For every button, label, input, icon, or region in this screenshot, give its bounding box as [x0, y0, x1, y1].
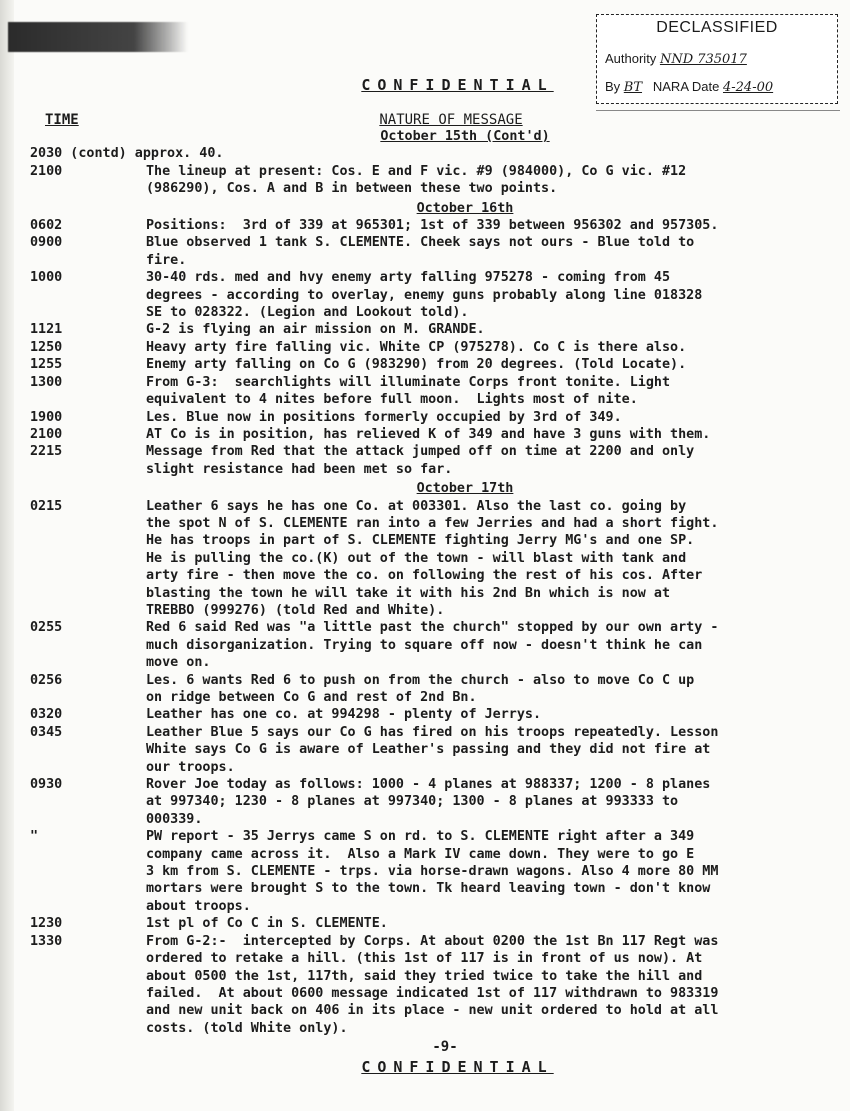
- entry-time: 2100: [30, 426, 146, 443]
- log-entry: 2030 (contd) approx. 40.: [30, 145, 820, 162]
- stamp-authority: Authority NND 735017: [605, 51, 747, 67]
- classification-footer: CONFIDENTIAL: [65, 1058, 850, 1076]
- entry-message: Leather 6 says he has one Co. at 003301.…: [146, 498, 820, 620]
- log-entry: 2100The lineup at present: Cos. E and F …: [30, 163, 820, 198]
- entry-time: 1255: [30, 356, 146, 373]
- entry-message: From G-3: searchlights will illuminate C…: [146, 374, 820, 409]
- entry-message: Enemy arty falling on Co G (983290) from…: [146, 356, 820, 373]
- entry-message: Positions: 3rd of 339 at 965301; 1st of …: [146, 217, 820, 234]
- log-entry: 1250Heavy arty fire falling vic. White C…: [30, 339, 820, 356]
- entry-time: 0256: [30, 672, 146, 707]
- entry-message: The lineup at present: Cos. E and F vic.…: [146, 163, 820, 198]
- entry-time: ": [30, 828, 146, 915]
- entry-message: Leather Blue 5 says our Co G has fired o…: [146, 724, 820, 776]
- log-entry: 0256Les. 6 wants Red 6 to push on from t…: [30, 672, 820, 707]
- entry-time: 0320: [30, 706, 146, 723]
- stamp-title: DECLASSIFIED: [597, 19, 837, 37]
- log-entry: 1255Enemy arty falling on Co G (983290) …: [30, 356, 820, 373]
- entry-message: Les. 6 wants Red 6 to push on from the c…: [146, 672, 820, 707]
- log-entry: "PW report - 35 Jerrys came S on rd. to …: [30, 828, 820, 915]
- entry-message: 2030 (contd) approx. 40.: [30, 145, 820, 162]
- entry-message: Red 6 said Red was "a little past the ch…: [146, 619, 820, 671]
- log-entry: 12301st pl of Co C in S. CLEMENTE.: [30, 915, 820, 932]
- log-entry: 0602Positions: 3rd of 339 at 965301; 1st…: [30, 217, 820, 234]
- page-number: -9-: [40, 1039, 850, 1055]
- entry-time: 2215: [30, 443, 146, 478]
- entry-time: 1250: [30, 339, 146, 356]
- date-heading: October 16th: [30, 200, 820, 217]
- scan-edge: [0, 0, 14, 1111]
- log-entry: 0215Leather 6 says he has one Co. at 003…: [30, 498, 820, 620]
- entry-message: Message from Red that the attack jumped …: [146, 443, 820, 478]
- entry-time: 0930: [30, 776, 146, 828]
- entry-message: Blue observed 1 tank S. CLEMENTE. Cheek …: [146, 234, 820, 269]
- authority-value: NND 735017: [660, 52, 747, 67]
- log-entry: 1330From G-2:- intercepted by Corps. At …: [30, 933, 820, 1037]
- entry-message: Rover Joe today as follows: 1000 - 4 pla…: [146, 776, 820, 828]
- entry-message: 1st pl of Co C in S. CLEMENTE.: [146, 915, 820, 932]
- document-page: DECLASSIFIED Authority NND 735017 By BT …: [0, 0, 850, 1111]
- entry-time: 0900: [30, 234, 146, 269]
- log-entry: 2100AT Co is in position, has relieved K…: [30, 426, 820, 443]
- entry-message: From G-2:- intercepted by Corps. At abou…: [146, 933, 820, 1037]
- log-entry: 1900Les. Blue now in positions formerly …: [30, 409, 820, 426]
- date-heading: October 15th (Cont'd): [30, 128, 820, 145]
- classification-header: CONFIDENTIAL: [65, 76, 850, 94]
- nature-column-header: NATURE OF MESSAGE: [52, 112, 850, 128]
- log-entry: 0930Rover Joe today as follows: 1000 - 4…: [30, 776, 820, 828]
- entry-time: 0215: [30, 498, 146, 620]
- entry-time: 0255: [30, 619, 146, 671]
- log-entry: 0255Red 6 said Red was "a little past th…: [30, 619, 820, 671]
- entry-message: 30-40 rds. med and hvy enemy arty fallin…: [146, 269, 820, 321]
- log-entry: 0320Leather has one co. at 994298 - plen…: [30, 706, 820, 723]
- entry-time: 1330: [30, 933, 146, 1037]
- entry-time: 2100: [30, 163, 146, 198]
- log-entry: 2215Message from Red that the attack jum…: [30, 443, 820, 478]
- entry-message: Leather has one co. at 994298 - plenty o…: [146, 706, 820, 723]
- log-entry: 0345Leather Blue 5 says our Co G has fir…: [30, 724, 820, 776]
- entry-message: AT Co is in position, has relieved K of …: [146, 426, 820, 443]
- entry-time: 0345: [30, 724, 146, 776]
- entry-time: 1300: [30, 374, 146, 409]
- message-log: October 15th (Cont'd)2030 (contd) approx…: [30, 128, 820, 1037]
- divider: [596, 110, 840, 111]
- authority-label: Authority: [605, 51, 656, 66]
- entry-time: 1900: [30, 409, 146, 426]
- entry-message: PW report - 35 Jerrys came S on rd. to S…: [146, 828, 820, 915]
- entry-message: Heavy arty fire falling vic. White CP (9…: [146, 339, 820, 356]
- entry-message: Les. Blue now in positions formerly occu…: [146, 409, 820, 426]
- log-entry: 0900Blue observed 1 tank S. CLEMENTE. Ch…: [30, 234, 820, 269]
- entry-time: 0602: [30, 217, 146, 234]
- entry-time: 1121: [30, 321, 146, 338]
- log-entry: 1300From G-3: searchlights will illumina…: [30, 374, 820, 409]
- date-heading: October 17th: [30, 480, 820, 497]
- redaction-smudge: [8, 22, 188, 52]
- entry-time: 1230: [30, 915, 146, 932]
- log-entry: 1121G-2 is flying an air mission on M. G…: [30, 321, 820, 338]
- log-entry: 100030-40 rds. med and hvy enemy arty fa…: [30, 269, 820, 321]
- entry-time: 1000: [30, 269, 146, 321]
- entry-message: G-2 is flying an air mission on M. GRAND…: [146, 321, 820, 338]
